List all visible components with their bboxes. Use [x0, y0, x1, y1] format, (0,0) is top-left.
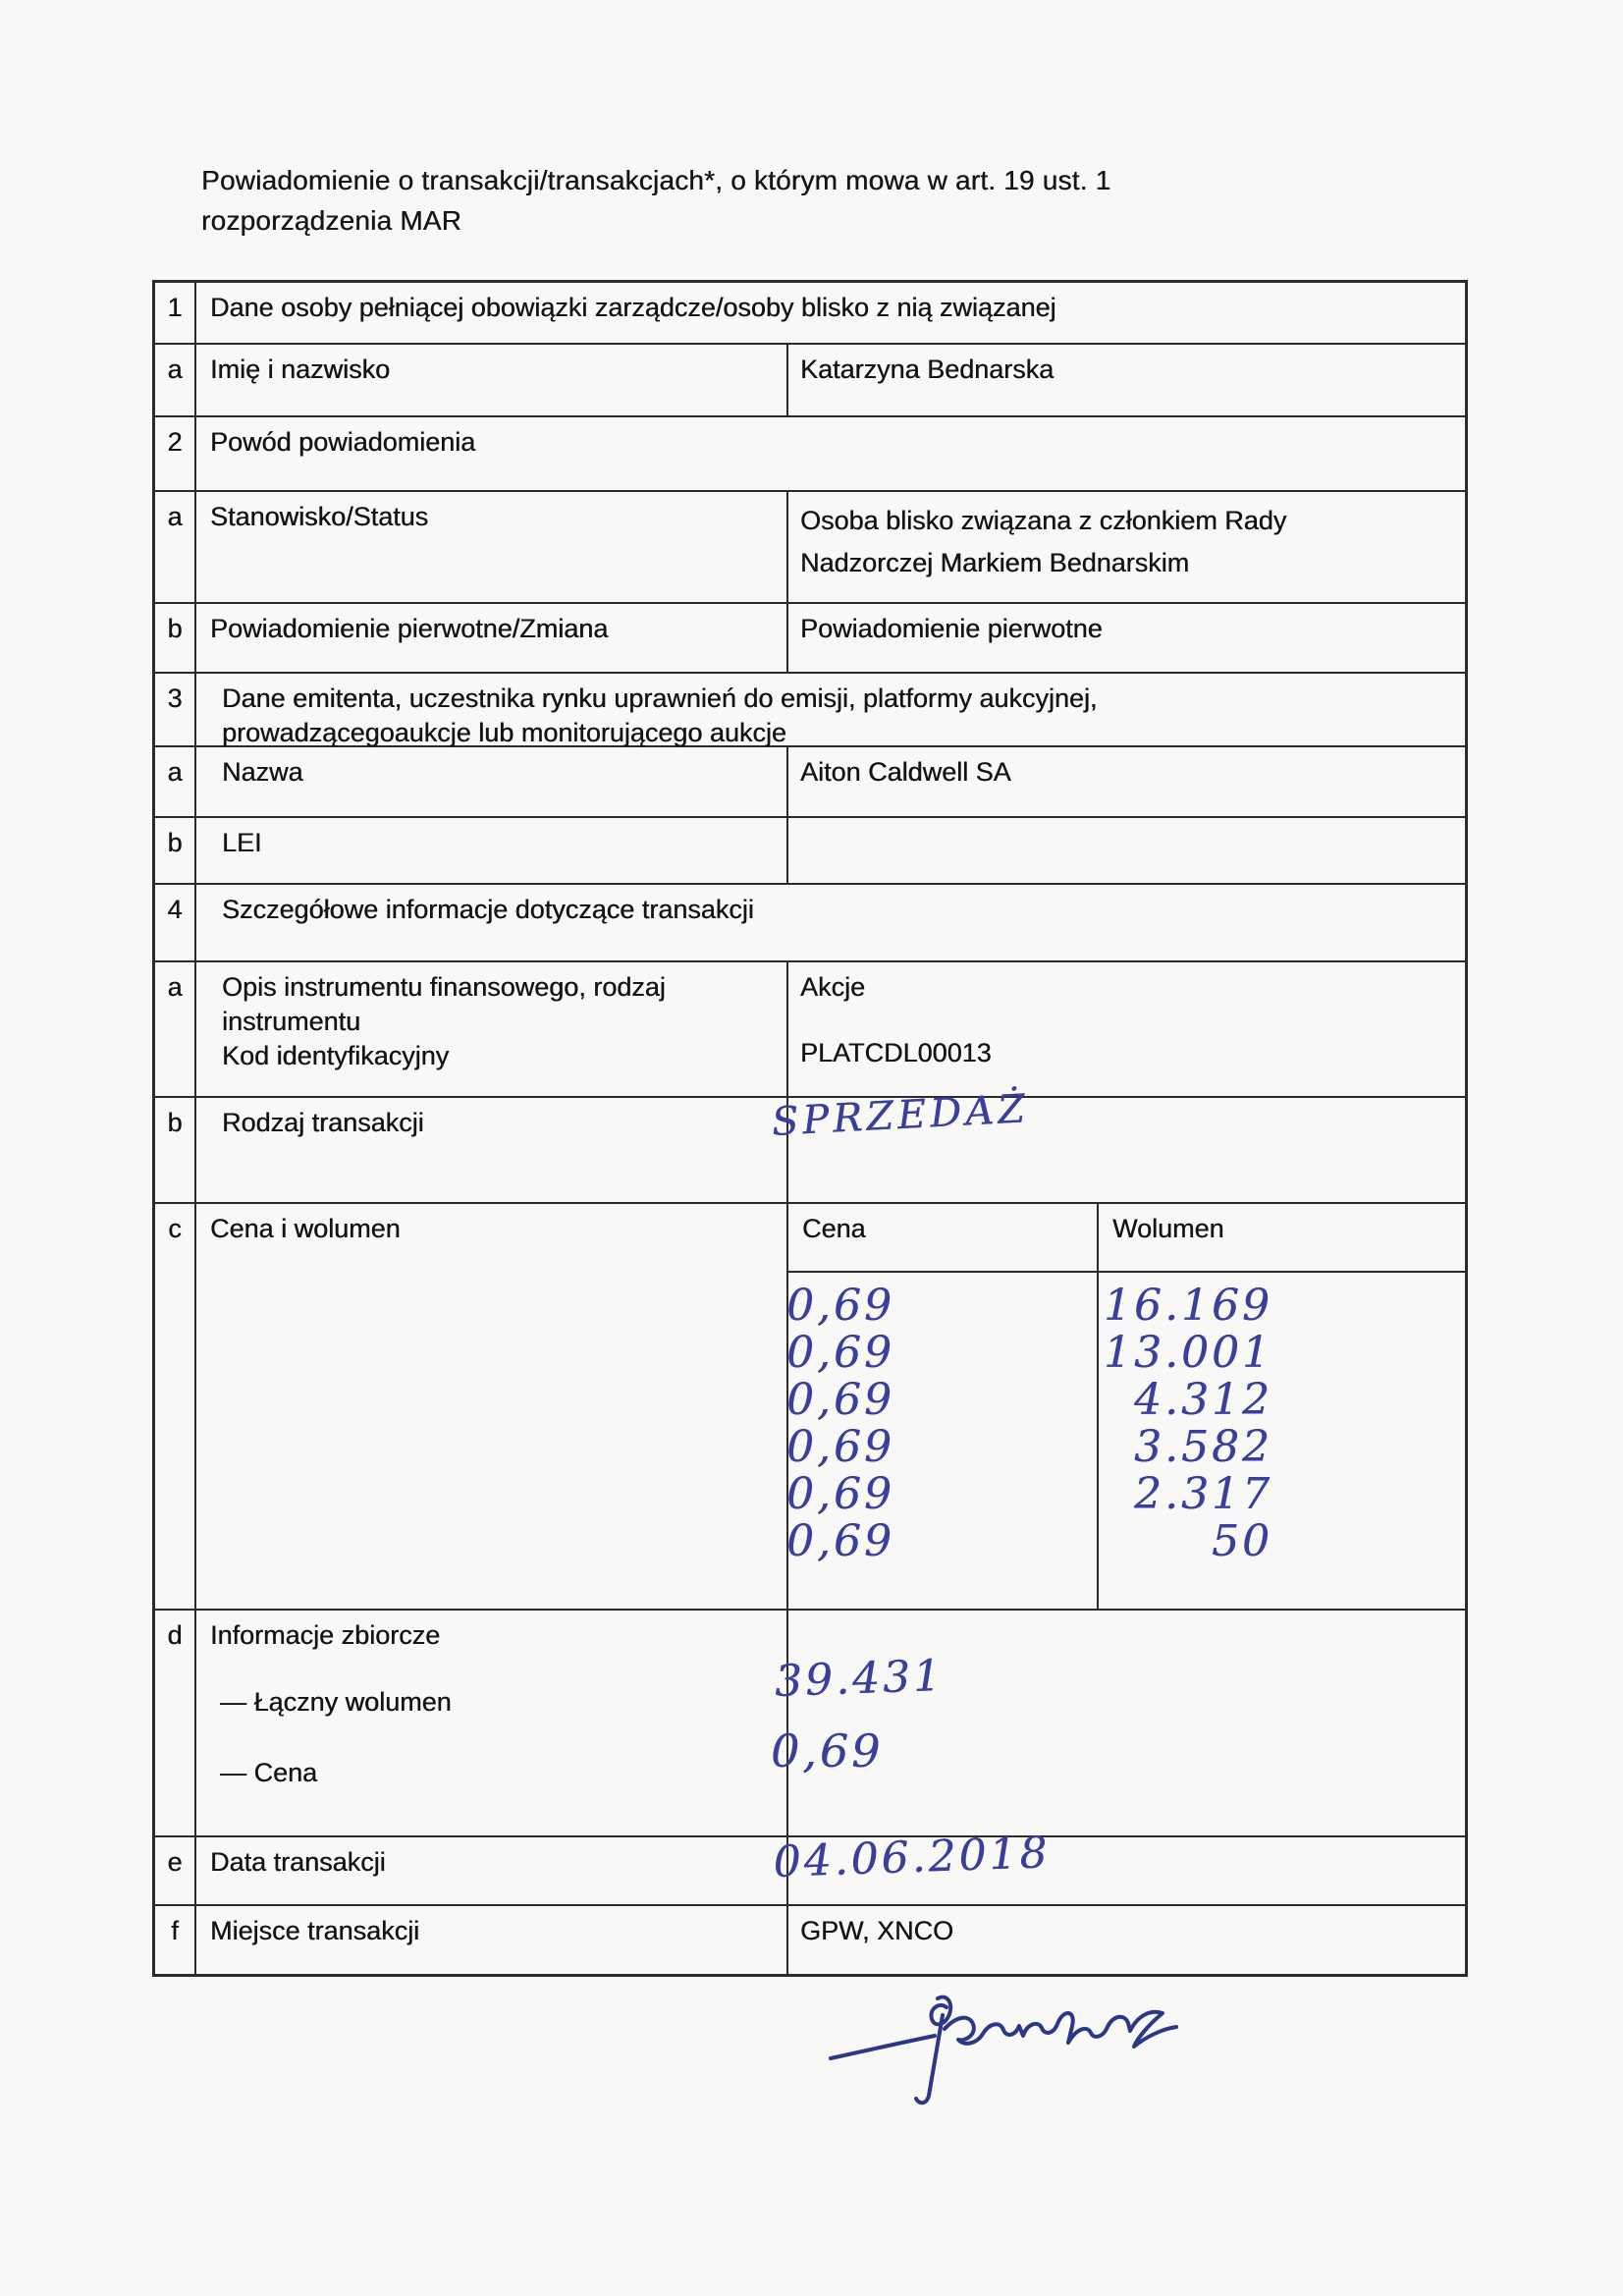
row-key: 1: [155, 283, 196, 343]
instrument-value-line-1: Akcje: [800, 970, 1453, 1005]
field-label: Powiadomienie pierwotne/Zmiana: [196, 604, 788, 672]
row-name: a Imię i nazwisko Katarzyna Bednarska: [155, 345, 1465, 417]
row-status: a Stanowisko/Status Osoba blisko związan…: [155, 492, 1465, 604]
row-notification-type: b Powiadomienie pierwotne/Zmiana Powiado…: [155, 604, 1465, 674]
handwritten-transaction-type: SPRZEDAŻ: [771, 1092, 1030, 1140]
row-key: a: [155, 962, 196, 1096]
handwritten-transaction-date: 04.06.2018: [773, 1835, 1051, 1880]
price-entry: 0,69: [786, 1377, 1097, 1424]
row-key: e: [155, 1837, 196, 1904]
status-value-line-2: Nadzorczej Markiem Bednarskim: [800, 542, 1453, 584]
section-heading: Dane osoby pełniącej obowiązki zarządcze…: [196, 283, 1465, 343]
row-key: 2: [155, 417, 196, 490]
price-entry: 0,69: [786, 1330, 1097, 1377]
instrument-label-line-1: Opis instrumentu finansowego, rodzaj: [222, 970, 771, 1005]
price-entry: 0,69: [786, 1518, 1097, 1565]
instrument-label-line-3: Kod identyfikacyjny: [222, 1039, 771, 1073]
document-title: Powiadomienie o transakcji/transakcjach*…: [201, 160, 1110, 241]
row-key: b: [155, 1098, 196, 1202]
volume-entry: 2.317: [1099, 1471, 1272, 1518]
field-value: SPRZEDAŻ: [788, 1098, 1465, 1202]
section-heading: Szczegółowe informacje dotyczące transak…: [196, 885, 1465, 960]
field-value: 04.06.2018: [788, 1837, 1465, 1904]
volume-entry: 50: [1099, 1518, 1272, 1565]
field-label: Nazwa: [196, 747, 788, 816]
aggregate-price-label: — Cena: [220, 1756, 317, 1790]
field-value: Aiton Caldwell SA: [788, 747, 1465, 816]
handwritten-aggregate-price: 0,69: [771, 1734, 883, 1769]
volume-entry: 4.312: [1099, 1377, 1272, 1424]
price-volume-header: Cena Wolumen: [788, 1204, 1465, 1273]
volume-entry: 3.582: [1099, 1424, 1272, 1471]
instrument-value-line-2: PLATCDL00013: [800, 1036, 1453, 1070]
price-volume-subtable: Cena Wolumen 0,69 0,69 0,69 0,69 0,69 0,…: [788, 1204, 1465, 1609]
volume-column-header: Wolumen: [1099, 1204, 1465, 1271]
row-key: b: [155, 604, 196, 672]
field-label: Informacje zbiorcze — Łączny wolumen — C…: [196, 1611, 788, 1835]
row-issuer-name: a Nazwa Aiton Caldwell SA: [155, 747, 1465, 818]
volume-entry: 16.169: [1099, 1283, 1272, 1330]
price-entry: 0,69: [786, 1424, 1097, 1471]
row-section-4: 4 Szczegółowe informacje dotyczące trans…: [155, 885, 1465, 962]
field-label: LEI: [196, 818, 788, 883]
status-value-line-1: Osoba blisko związana z członkiem Rady: [800, 500, 1453, 542]
field-label: Stanowisko/Status: [196, 492, 788, 602]
aggregate-total-volume-label: — Łączny wolumen: [220, 1685, 452, 1720]
volume-entry: 13.001: [1099, 1330, 1272, 1377]
row-key: a: [155, 492, 196, 602]
section-3-heading-line-1: Dane emitenta, uczestnika rynku uprawnie…: [222, 682, 1449, 716]
section-3-heading-line-2: prowadzącegoaukcje lub monitorującego au…: [222, 716, 1449, 750]
row-transaction-date: e Data transakcji 04.06.2018: [155, 1837, 1465, 1906]
row-key: a: [155, 747, 196, 816]
handwritten-signature-icon: [825, 1984, 1198, 2121]
row-key: f: [155, 1906, 196, 1974]
field-value: Akcje PLATCDL00013: [788, 962, 1465, 1096]
price-volume-body: 0,69 0,69 0,69 0,69 0,69 0,69 16.169 13.…: [788, 1273, 1465, 1609]
field-label: Opis instrumentu finansowego, rodzaj ins…: [196, 962, 788, 1096]
notification-table: 1 Dane osoby pełniącej obowiązki zarządc…: [152, 280, 1468, 1977]
field-label: Miejsce transakcji: [196, 1906, 788, 1974]
price-entry: 0,69: [786, 1283, 1097, 1330]
field-label: Cena i wolumen: [196, 1204, 788, 1609]
price-column-header: Cena: [788, 1204, 1099, 1271]
row-aggregate: d Informacje zbiorcze — Łączny wolumen —…: [155, 1611, 1465, 1837]
row-key: a: [155, 345, 196, 415]
title-line-1: Powiadomienie o transakcji/transakcjach*…: [201, 160, 1110, 200]
handwritten-total-volume: 39.431: [774, 1659, 944, 1699]
field-value: Osoba blisko związana z członkiem Rady N…: [788, 492, 1465, 602]
row-key: b: [155, 818, 196, 883]
row-section-1: 1 Dane osoby pełniącej obowiązki zarządc…: [155, 283, 1465, 345]
row-price-volume: c Cena i wolumen Cena Wolumen 0,69 0,69 …: [155, 1204, 1465, 1611]
row-key: c: [155, 1204, 196, 1609]
aggregate-heading: Informacje zbiorcze: [210, 1618, 440, 1653]
section-heading: Powód powiadomienia: [196, 417, 1465, 490]
field-label: Imię i nazwisko: [196, 345, 788, 415]
row-key: 3: [155, 674, 196, 745]
section-heading: Dane emitenta, uczestnika rynku uprawnie…: [196, 674, 1465, 745]
row-venue: f Miejsce transakcji GPW, XNCO: [155, 1906, 1465, 1974]
row-key: d: [155, 1611, 196, 1835]
row-section-2: 2 Powód powiadomienia: [155, 417, 1465, 492]
row-section-3: 3 Dane emitenta, uczestnika rynku uprawn…: [155, 674, 1465, 747]
row-key: 4: [155, 885, 196, 960]
field-label: Rodzaj transakcji: [196, 1098, 788, 1202]
row-lei: b LEI: [155, 818, 1465, 885]
field-value: 39.431 0,69: [788, 1611, 1465, 1835]
scanned-form-page: Powiadomienie o transakcji/transakcjach*…: [0, 0, 1623, 2296]
volume-entries: 16.169 13.001 4.312 3.582 2.317 50: [1099, 1273, 1465, 1609]
field-label: Data transakcji: [196, 1837, 788, 1904]
row-transaction-type: b Rodzaj transakcji SPRZEDAŻ: [155, 1098, 1465, 1204]
field-value: Katarzyna Bednarska: [788, 345, 1465, 415]
field-value: [788, 818, 1465, 883]
field-value: Powiadomienie pierwotne: [788, 604, 1465, 672]
instrument-label-line-2: instrumentu: [222, 1005, 771, 1039]
field-value: GPW, XNCO: [788, 1906, 1465, 1974]
price-entry: 0,69: [786, 1471, 1097, 1518]
price-entries: 0,69 0,69 0,69 0,69 0,69 0,69: [788, 1273, 1099, 1609]
row-instrument: a Opis instrumentu finansowego, rodzaj i…: [155, 962, 1465, 1098]
title-line-2: rozporządzenia MAR: [201, 200, 1110, 241]
